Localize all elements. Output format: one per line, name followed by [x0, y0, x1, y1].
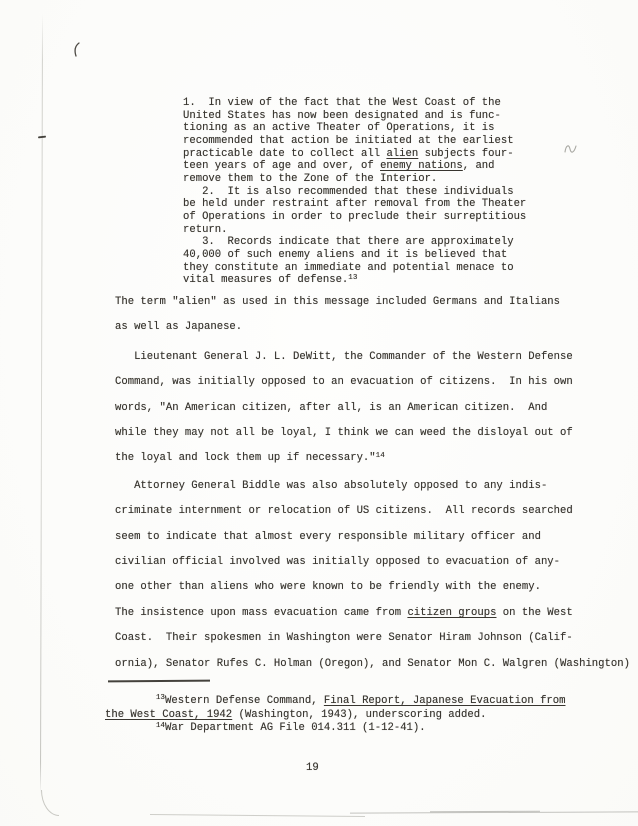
text-line: civilian official involved was initially…	[115, 550, 630, 575]
footnote-reference: 13	[156, 694, 165, 702]
text-segment: United States has now been designated an…	[183, 110, 501, 122]
text-line: be held under restraint after removal fr…	[183, 198, 526, 211]
text-line: while they may not all be loyal, I think…	[115, 421, 630, 446]
footnote-reference: 14	[156, 722, 165, 730]
page-edge-line-bottom	[150, 814, 365, 817]
text-segment: War Department AG File 014.311 (1-12-41)…	[165, 722, 426, 734]
underlined-text: the West Coast, 1942	[105, 709, 232, 721]
text-segment: words, "An American citizen, after all, …	[115, 402, 547, 414]
text-segment: Coast. Their spokesmen in Washington wer…	[115, 632, 573, 644]
text-segment: on the West	[496, 607, 572, 619]
text-segment	[105, 695, 156, 707]
text-line: 3. Records indicate that there are appro…	[183, 236, 526, 249]
footnotes: 13Western Defense Command, Final Report,…	[105, 695, 566, 736]
underlined-text: alien	[386, 148, 418, 160]
paragraph: The term "alien" as used in this message…	[115, 290, 630, 341]
text-segment: one other than aliens who were known to …	[115, 581, 541, 593]
scanned-document-page: 1. In view of the fact that the West Coa…	[0, 0, 638, 826]
text-segment: as well as Japanese.	[115, 321, 242, 333]
underlined-text: citizen groups	[407, 607, 496, 619]
text-segment: The insistence upon mass evacuation came…	[115, 607, 407, 619]
text-line: 1. In view of the fact that the West Coa…	[183, 97, 526, 110]
text-segment: vital measures of defense.	[183, 274, 348, 286]
text-line: Coast. Their spokesmen in Washington wer…	[115, 626, 630, 651]
text-line: The insistence upon mass evacuation came…	[115, 601, 630, 626]
page-number: 19	[306, 762, 319, 774]
text-line: remove them to the Zone of the Interior.	[183, 173, 526, 186]
text-segment: 3. Records indicate that there are appro…	[183, 236, 514, 248]
text-line: return.	[183, 224, 526, 237]
text-segment: recommended that action be initiated at …	[183, 135, 514, 147]
text-line: the West Coast, 1942 (Washington, 1943),…	[105, 709, 566, 722]
page-edge-line-left	[40, 14, 43, 794]
quoted-message-block: 1. In view of the fact that the West Coa…	[183, 97, 526, 288]
text-segment: the loyal and lock them up if necessary.…	[115, 452, 376, 464]
text-line: as well as Japanese.	[115, 315, 630, 340]
text-line: 2. It is also recommended that these ind…	[183, 186, 526, 199]
text-segment: ornia), Senator Rufes C. Holman (Oregon)…	[115, 658, 630, 670]
text-segment: be held under restraint after removal fr…	[183, 198, 526, 210]
text-line: seem to indicate that almost every respo…	[115, 525, 630, 550]
text-segment: seem to indicate that almost every respo…	[115, 531, 541, 543]
text-line: the loyal and lock them up if necessary.…	[115, 446, 630, 472]
text-line: vital measures of defense.13	[183, 274, 526, 288]
text-line: ornia), Senator Rufes C. Holman (Oregon)…	[115, 652, 630, 677]
page-corner-bottom-left	[41, 790, 59, 816]
pencil-squiggle-mark	[564, 142, 580, 161]
text-line: of Operations in order to preclude their…	[183, 211, 526, 224]
text-segment	[105, 722, 156, 734]
text-segment: 40,000 of such enemy aliens and it is be…	[183, 249, 507, 261]
text-segment: criminate internment or relocation of US…	[115, 505, 573, 517]
text-segment: practicable date to collect all	[183, 148, 386, 160]
text-segment: 1. In view of the fact that the West Coa…	[183, 97, 501, 109]
text-line: tioning as an active Theater of Operatio…	[183, 122, 526, 135]
text-line: 14War Department AG File 014.311 (1-12-4…	[105, 722, 566, 736]
text-line: United States has now been designated an…	[183, 110, 526, 123]
text-line: Attorney General Biddle was also absolut…	[115, 474, 630, 499]
text-segment: they constitute an immediate and potenti…	[183, 262, 514, 274]
text-segment: civilian official involved was initially…	[115, 556, 560, 568]
text-segment: Western Defense Command,	[165, 695, 324, 707]
text-segment: remove them to the Zone of the Interior.	[183, 173, 437, 185]
footnote-reference: 14	[376, 452, 385, 460]
text-line: 40,000 of such enemy aliens and it is be…	[183, 249, 526, 262]
text-line: words, "An American citizen, after all, …	[115, 396, 630, 421]
text-line: recommended that action be initiated at …	[183, 135, 526, 148]
underlined-text: enemy nations	[380, 160, 463, 172]
ink-dash-artifact	[38, 136, 46, 139]
text-segment: Command, was initially opposed to an eva…	[115, 376, 573, 388]
text-line: The term "alien" as used in this message…	[115, 290, 630, 315]
text-line: Command, was initially opposed to an eva…	[115, 370, 630, 395]
text-segment: teen years of age and over, of	[183, 160, 380, 172]
text-segment: subjects four-	[418, 148, 513, 160]
text-segment: The term "alien" as used in this message…	[115, 296, 560, 308]
text-segment: while they may not all be loyal, I think…	[115, 427, 573, 439]
paragraph: Lieutenant General J. L. DeWitt, the Com…	[115, 345, 630, 473]
text-segment: return.	[183, 224, 228, 236]
footnote-reference: 13	[348, 274, 357, 282]
footnote-separator-rule	[108, 680, 210, 683]
text-segment: , and	[463, 160, 495, 172]
text-segment: of Operations in order to preclude their…	[183, 211, 526, 223]
underlined-text: Final Report, Japanese Evacuation from	[324, 695, 566, 707]
text-segment: Lieutenant General J. L. DeWitt, the Com…	[115, 351, 573, 363]
text-line: practicable date to collect all alien su…	[183, 148, 526, 161]
text-line: teen years of age and over, of enemy nat…	[183, 160, 526, 173]
text-line: one other than aliens who were known to …	[115, 575, 630, 600]
body-text: The term "alien" as used in this message…	[115, 290, 630, 677]
text-line: they constitute an immediate and potenti…	[183, 262, 526, 275]
paragraph: Attorney General Biddle was also absolut…	[115, 474, 630, 677]
text-line: Lieutenant General J. L. DeWitt, the Com…	[115, 345, 630, 370]
text-line: criminate internment or relocation of US…	[115, 499, 630, 524]
text-segment: tioning as an active Theater of Operatio…	[183, 122, 495, 134]
text-line: 13Western Defense Command, Final Report,…	[105, 695, 566, 709]
text-segment: 2. It is also recommended that these ind…	[183, 186, 514, 198]
text-segment: Attorney General Biddle was also absolut…	[115, 480, 547, 492]
handwritten-tick-mark	[70, 42, 82, 63]
text-segment: (Washington, 1943), underscoring added.	[232, 709, 486, 721]
